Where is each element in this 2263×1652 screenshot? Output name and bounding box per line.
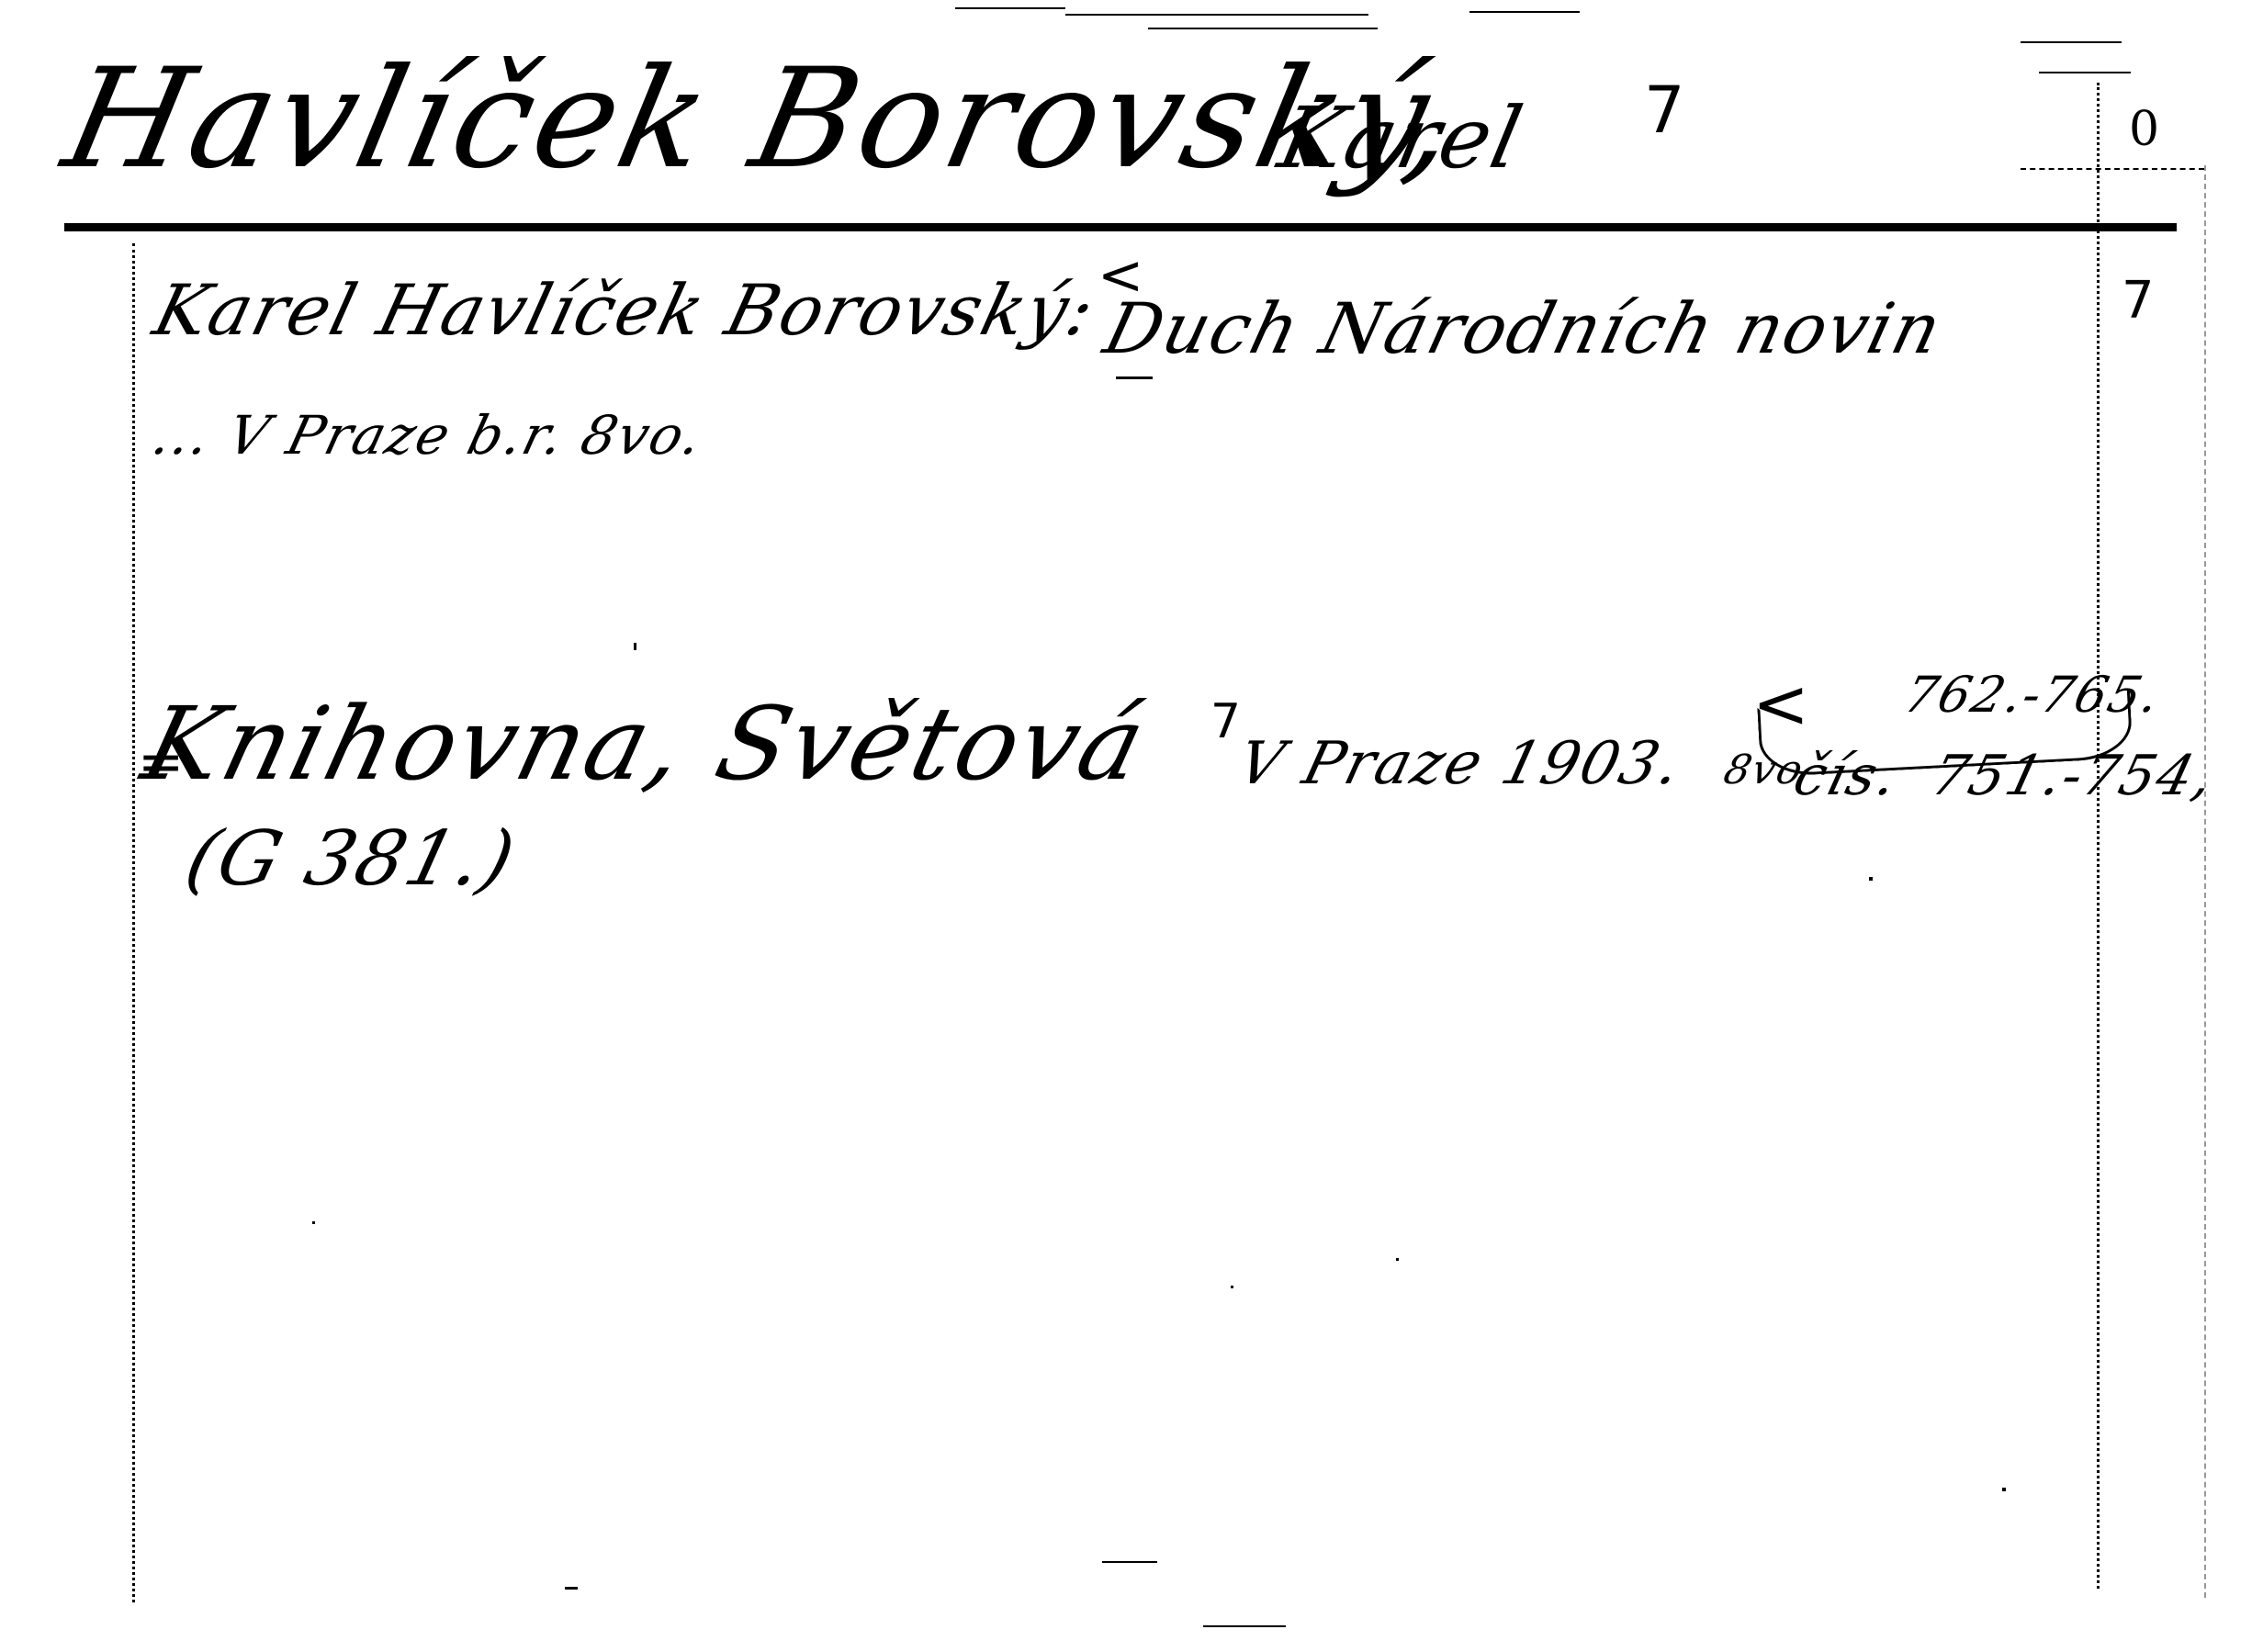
entry-title: Duch Národních novin: [1098, 294, 1950, 364]
corner-mark: 0: [2129, 106, 2161, 153]
header-rule: [64, 223, 2177, 231]
reference-series-mark: 7: [1210, 698, 1243, 746]
entry-author: Karel Havlíček Borovský:: [148, 275, 1103, 345]
speck: [1869, 877, 1873, 881]
heading-check-mark: 7: [1644, 78, 1687, 142]
place-year: V Praze 1903.: [1232, 730, 1689, 798]
numbers-original: 751.-754,: [1925, 744, 2222, 808]
reference-numbers: čís. 751.-754,: [1789, 748, 2221, 804]
scan-noise: [1469, 11, 1580, 13]
scan-noise: [2021, 41, 2122, 43]
left-margin-line: [132, 243, 135, 1602]
entry-end-mark: 7: [2122, 275, 2156, 327]
speck: [1231, 1286, 1233, 1288]
reference-place-year: V Praze 1903. 8vo: [1233, 735, 1812, 793]
number-label: čís.: [1787, 744, 1905, 808]
speck: [1102, 1561, 1157, 1563]
speck: [312, 1221, 315, 1224]
speck: [2002, 1488, 2006, 1491]
speck: [1203, 1625, 1286, 1627]
entry-imprint: ... V Praze b.r. 8vo.: [148, 409, 709, 462]
heading-surname: Havlíček Borovský,: [54, 51, 1472, 188]
speck: [634, 643, 636, 650]
scan-noise: [955, 7, 1065, 9]
edge-margin-line: [2204, 165, 2206, 1598]
scan-noise: [1148, 28, 1378, 29]
catalog-card: Havlíček Borovský, Karel 7 0 Karel Havlí…: [0, 0, 2263, 1652]
speck: [565, 1587, 578, 1590]
corner-divider: [2021, 168, 2204, 170]
scan-noise: [2039, 72, 2131, 73]
reference-series: Knihovna, Světová: [134, 693, 1156, 794]
title-underline: [1116, 376, 1153, 379]
heading-given-name: Karel: [1272, 96, 1530, 181]
scan-noise: [1065, 14, 1368, 16]
speck: [1396, 1258, 1399, 1261]
shelfmark: (G 381.): [179, 822, 524, 897]
right-margin-line: [2097, 83, 2100, 1589]
